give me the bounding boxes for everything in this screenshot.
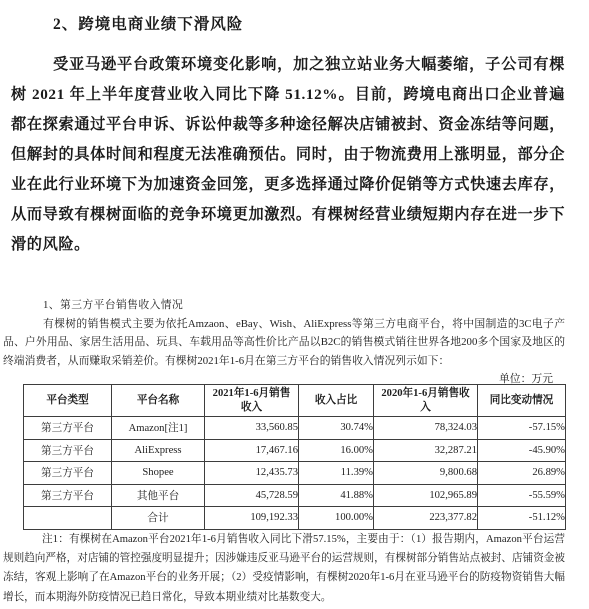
cell-2021-revenue: 12,435.73 <box>205 462 299 485</box>
cell-platform-type: 第三方平台 <box>24 417 112 440</box>
header-platform-name: 平台名称 <box>112 385 205 417</box>
cell-revenue-share: 30.74% <box>299 417 374 440</box>
subsection: 1、第三方平台销售收入情况 有棵树的销售模式主要为依托Amzaon、eBay、W… <box>3 296 565 389</box>
section-heading: 2、跨境电商业绩下滑风险 <box>53 12 243 34</box>
footnote: 注1：有棵树在Amazon平台2021年1-6月销售收入同比下滑57.15%，主… <box>3 530 565 607</box>
cell-2020-revenue: 78,324.03 <box>374 417 478 440</box>
table-row-aliexpress: 第三方平台 AliExpress 17,467.16 16.00% 32,287… <box>24 439 566 462</box>
table-header-row: 平台类型 平台名称 2021年1-6月销售收入 收入占比 2020年1-6月销售… <box>24 385 566 417</box>
cell-platform-type: 第三方平台 <box>24 484 112 507</box>
subsection-paragraph: 有棵树的销售模式主要为依托Amzaon、eBay、Wish、AliExpress… <box>3 315 565 371</box>
header-2021-revenue: 2021年1-6月销售收入 <box>205 385 299 417</box>
cell-platform-name: 合计 <box>112 507 205 530</box>
cell-platform-name: AliExpress <box>112 439 205 462</box>
cell-2021-revenue: 17,467.16 <box>205 439 299 462</box>
cell-yoy-change: -57.15% <box>478 417 566 440</box>
cell-revenue-share: 16.00% <box>299 439 374 462</box>
cell-2020-revenue: 102,965.89 <box>374 484 478 507</box>
cell-platform-name: Shopee <box>112 462 205 485</box>
cell-platform-name: 其他平台 <box>112 484 205 507</box>
header-2020-revenue: 2020年1-6月销售收入 <box>374 385 478 417</box>
cell-2021-revenue: 45,728.59 <box>205 484 299 507</box>
cell-2021-revenue: 33,560.85 <box>205 417 299 440</box>
cell-yoy-change: -55.59% <box>478 484 566 507</box>
cell-platform-type: 第三方平台 <box>24 439 112 462</box>
cell-yoy-change: 26.89% <box>478 462 566 485</box>
table-row-other-platforms: 第三方平台 其他平台 45,728.59 41.88% 102,965.89 -… <box>24 484 566 507</box>
cell-platform-type: 第三方平台 <box>24 462 112 485</box>
cell-revenue-share: 11.39% <box>299 462 374 485</box>
cell-platform-name: Amazon[注1] <box>112 417 205 440</box>
cell-yoy-change: -51.12% <box>478 507 566 530</box>
header-yoy-change: 同比变动情况 <box>478 385 566 417</box>
cell-2020-revenue: 32,287.21 <box>374 439 478 462</box>
subsection-heading: 1、第三方平台销售收入情况 <box>3 296 565 315</box>
cell-2020-revenue: 223,377.82 <box>374 507 478 530</box>
header-platform-type: 平台类型 <box>24 385 112 417</box>
cell-revenue-share: 100.00% <box>299 507 374 530</box>
cell-platform-type <box>24 507 112 530</box>
table-row-amazon: 第三方平台 Amazon[注1] 33,560.85 30.74% 78,324… <box>24 417 566 440</box>
cell-2020-revenue: 9,800.68 <box>374 462 478 485</box>
table-row-total: 合计 109,192.33 100.00% 223,377.82 -51.12% <box>24 507 566 530</box>
sales-table: 平台类型 平台名称 2021年1-6月销售收入 收入占比 2020年1-6月销售… <box>23 384 566 530</box>
table-row-shopee: 第三方平台 Shopee 12,435.73 11.39% 9,800.68 2… <box>24 462 566 485</box>
cell-2021-revenue: 109,192.33 <box>205 507 299 530</box>
cell-revenue-share: 41.88% <box>299 484 374 507</box>
cell-yoy-change: -45.90% <box>478 439 566 462</box>
risk-paragraph: 受亚马逊平台政策环境变化影响，加之独立站业务大幅萎缩，子公司有棵树 2021 年… <box>11 50 565 260</box>
header-revenue-share: 收入占比 <box>299 385 374 417</box>
